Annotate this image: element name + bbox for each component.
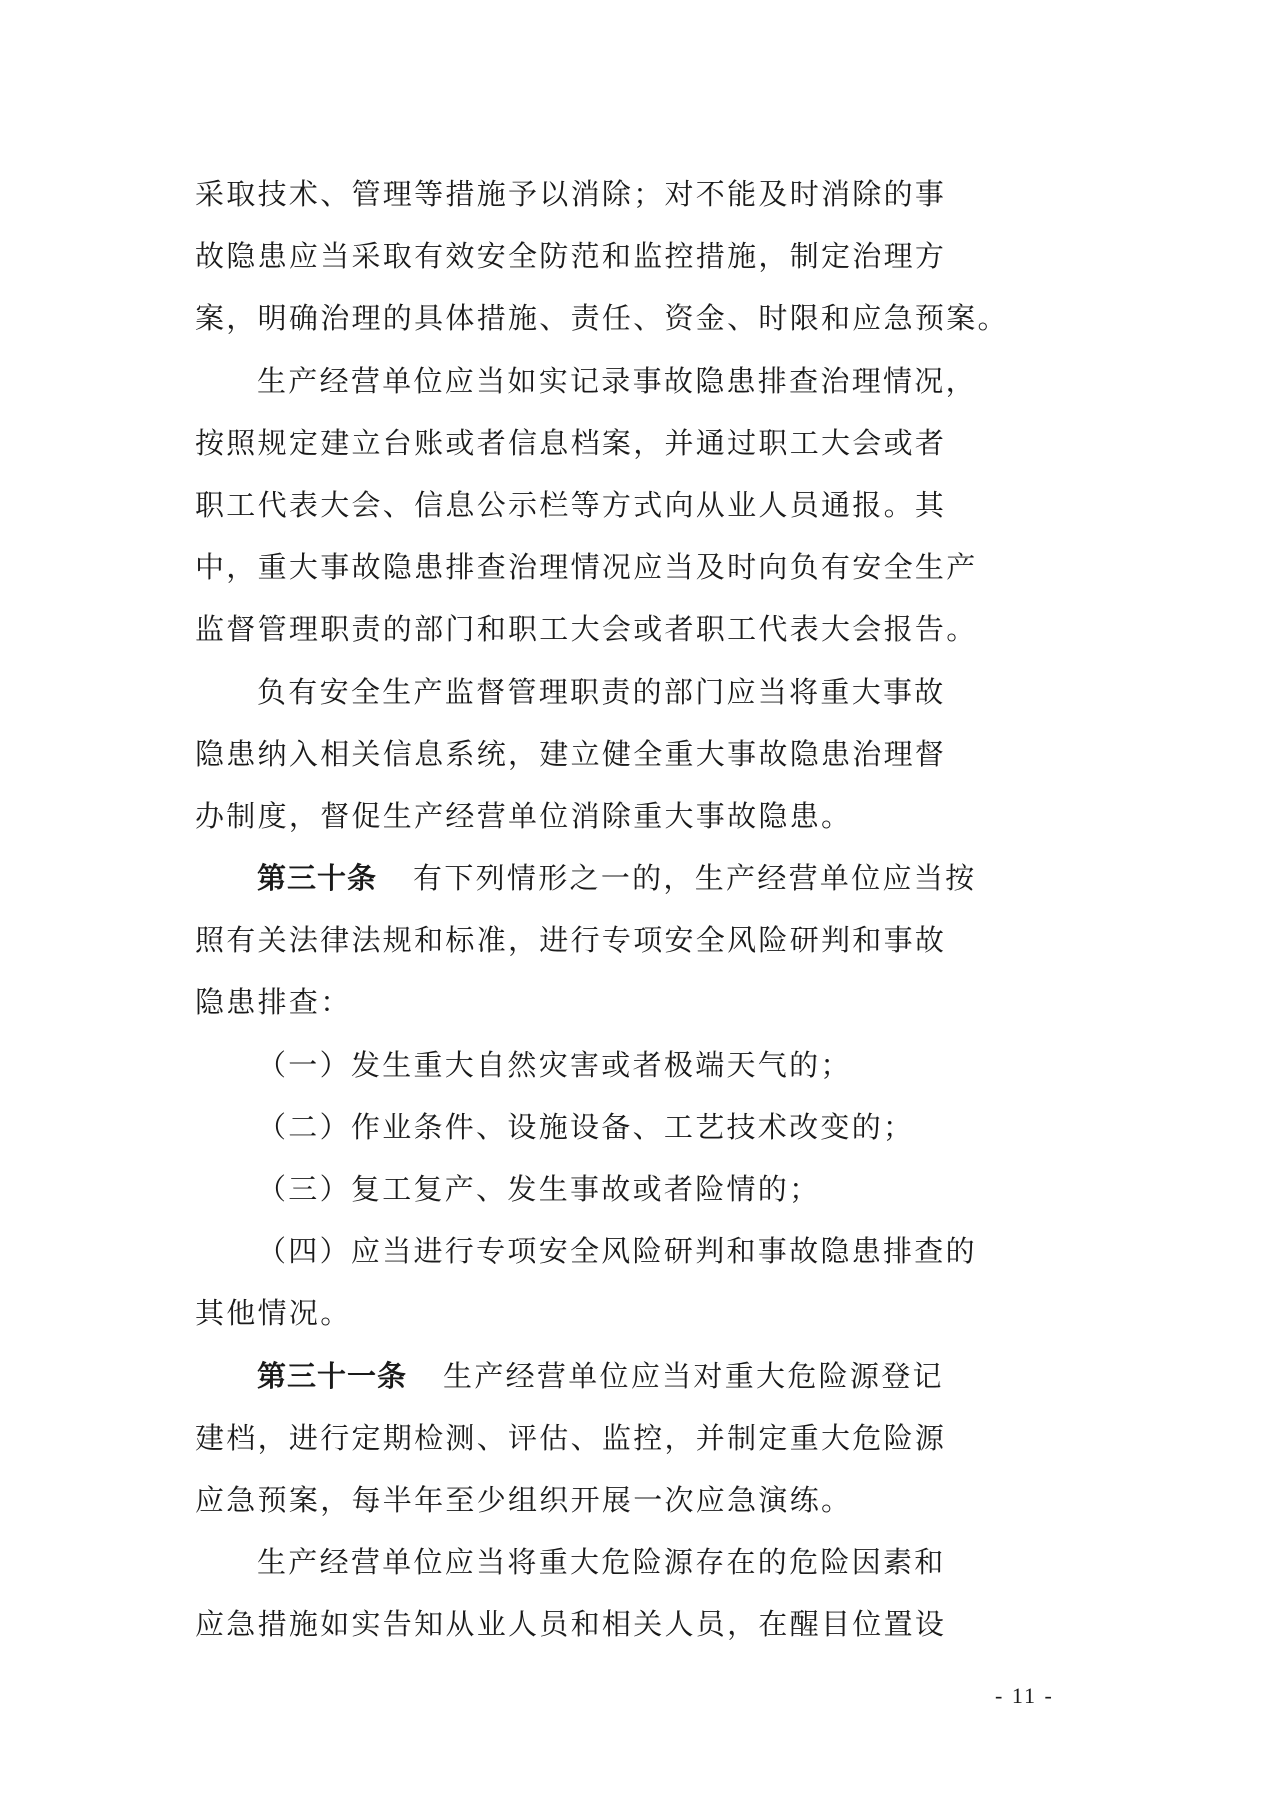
line-text: 隐患排查：	[195, 985, 352, 1019]
line-text: 隐患纳入相关信息系统，建立健全重大事故隐患治理督	[195, 737, 946, 771]
line-text: （二）作业条件、设施设备、工艺技术改变的；	[257, 1110, 914, 1144]
article-heading: 第三十条	[257, 861, 377, 895]
text-line: （一）发生重大自然灾害或者极端天气的；	[195, 1034, 1075, 1096]
text-line: （三）复工复产、发生事故或者险情的；	[195, 1158, 1075, 1220]
text-line: 其他情况。	[195, 1282, 1075, 1344]
text-line: 应急预案，每半年至少组织开展一次应急演练。	[195, 1469, 1075, 1531]
line-text: 应急预案，每半年至少组织开展一次应急演练。	[195, 1483, 852, 1517]
text-line: 案，明确治理的具体措施、责任、资金、时限和应急预案。	[195, 287, 1075, 349]
line-text: 有下列情形之一的，生产经营单位应当按	[413, 861, 976, 895]
text-line: 照有关法律法规和标准，进行专项安全风险研判和事故	[195, 909, 1075, 971]
line-text: 其他情况。	[195, 1296, 352, 1330]
text-line: 隐患纳入相关信息系统，建立健全重大事故隐患治理督	[195, 723, 1075, 785]
text-line: 按照规定建立台账或者信息档案，并通过职工大会或者	[195, 412, 1075, 474]
text-line: 隐患排查：	[195, 971, 1075, 1033]
line-text: 故隐患应当采取有效安全防范和监控措施，制定治理方	[195, 239, 946, 273]
line-text: 生产经营单位应当对重大危险源登记	[443, 1359, 944, 1393]
document-page: 采取技术、管理等措施予以消除；对不能及时消除的事 故隐患应当采取有效安全防范和监…	[0, 0, 1280, 1812]
text-line: （四）应当进行专项安全风险研判和事故隐患排查的	[195, 1220, 1075, 1282]
text-line: 办制度，督促生产经营单位消除重大事故隐患。	[195, 785, 1075, 847]
text-line: 职工代表大会、信息公示栏等方式向从业人员通报。其	[195, 474, 1075, 536]
article-heading: 第三十一条	[257, 1359, 407, 1393]
line-text: 负有安全生产监督管理职责的部门应当将重大事故	[257, 675, 946, 709]
line-text: 中，重大事故隐患排查治理情况应当及时向负有安全生产	[195, 550, 978, 584]
line-text: 职工代表大会、信息公示栏等方式向从业人员通报。其	[195, 488, 946, 522]
line-text: 案，明确治理的具体措施、责任、资金、时限和应急预案。	[195, 301, 1009, 335]
text-line: 第三十一条生产经营单位应当对重大危险源登记	[195, 1345, 1075, 1407]
line-text: 应急措施如实告知从业人员和相关人员，在醒目位置设	[195, 1607, 946, 1641]
text-line: 生产经营单位应当如实记录事故隐患排查治理情况，	[195, 350, 1075, 412]
text-line: 监督管理职责的部门和职工大会或者职工代表大会报告。	[195, 598, 1075, 660]
text-line: 建档，进行定期检测、评估、监控，并制定重大危险源	[195, 1407, 1075, 1469]
text-line: 生产经营单位应当将重大危险源存在的危险因素和	[195, 1531, 1075, 1593]
line-text: 按照规定建立台账或者信息档案，并通过职工大会或者	[195, 426, 946, 460]
line-text: 监督管理职责的部门和职工大会或者职工代表大会报告。	[195, 612, 978, 646]
text-line: 中，重大事故隐患排查治理情况应当及时向负有安全生产	[195, 536, 1075, 598]
text-line: 采取技术、管理等措施予以消除；对不能及时消除的事	[195, 163, 1075, 225]
line-text: 生产经营单位应当将重大危险源存在的危险因素和	[257, 1545, 946, 1579]
text-line: 第三十条有下列情形之一的，生产经营单位应当按	[195, 847, 1075, 909]
page-number: - 11 -	[995, 1683, 1054, 1709]
line-text: 采取技术、管理等措施予以消除；对不能及时消除的事	[195, 177, 946, 211]
text-line: 故隐患应当采取有效安全防范和监控措施，制定治理方	[195, 225, 1075, 287]
text-line: 负有安全生产监督管理职责的部门应当将重大事故	[195, 661, 1075, 723]
line-text: （一）发生重大自然灾害或者极端天气的；	[257, 1048, 852, 1082]
text-line: （二）作业条件、设施设备、工艺技术改变的；	[195, 1096, 1075, 1158]
line-text: 生产经营单位应当如实记录事故隐患排查治理情况，	[257, 364, 977, 398]
line-text: （三）复工复产、发生事故或者险情的；	[257, 1172, 820, 1206]
line-text: 办制度，督促生产经营单位消除重大事故隐患。	[195, 799, 852, 833]
line-text: 建档，进行定期检测、评估、监控，并制定重大危险源	[195, 1421, 946, 1455]
line-text: （四）应当进行专项安全风险研判和事故隐患排查的	[257, 1234, 977, 1268]
text-line: 应急措施如实告知从业人员和相关人员，在醒目位置设	[195, 1593, 1075, 1655]
body-text: 采取技术、管理等措施予以消除；对不能及时消除的事 故隐患应当采取有效安全防范和监…	[195, 163, 1075, 1656]
line-text: 照有关法律法规和标准，进行专项安全风险研判和事故	[195, 923, 946, 957]
